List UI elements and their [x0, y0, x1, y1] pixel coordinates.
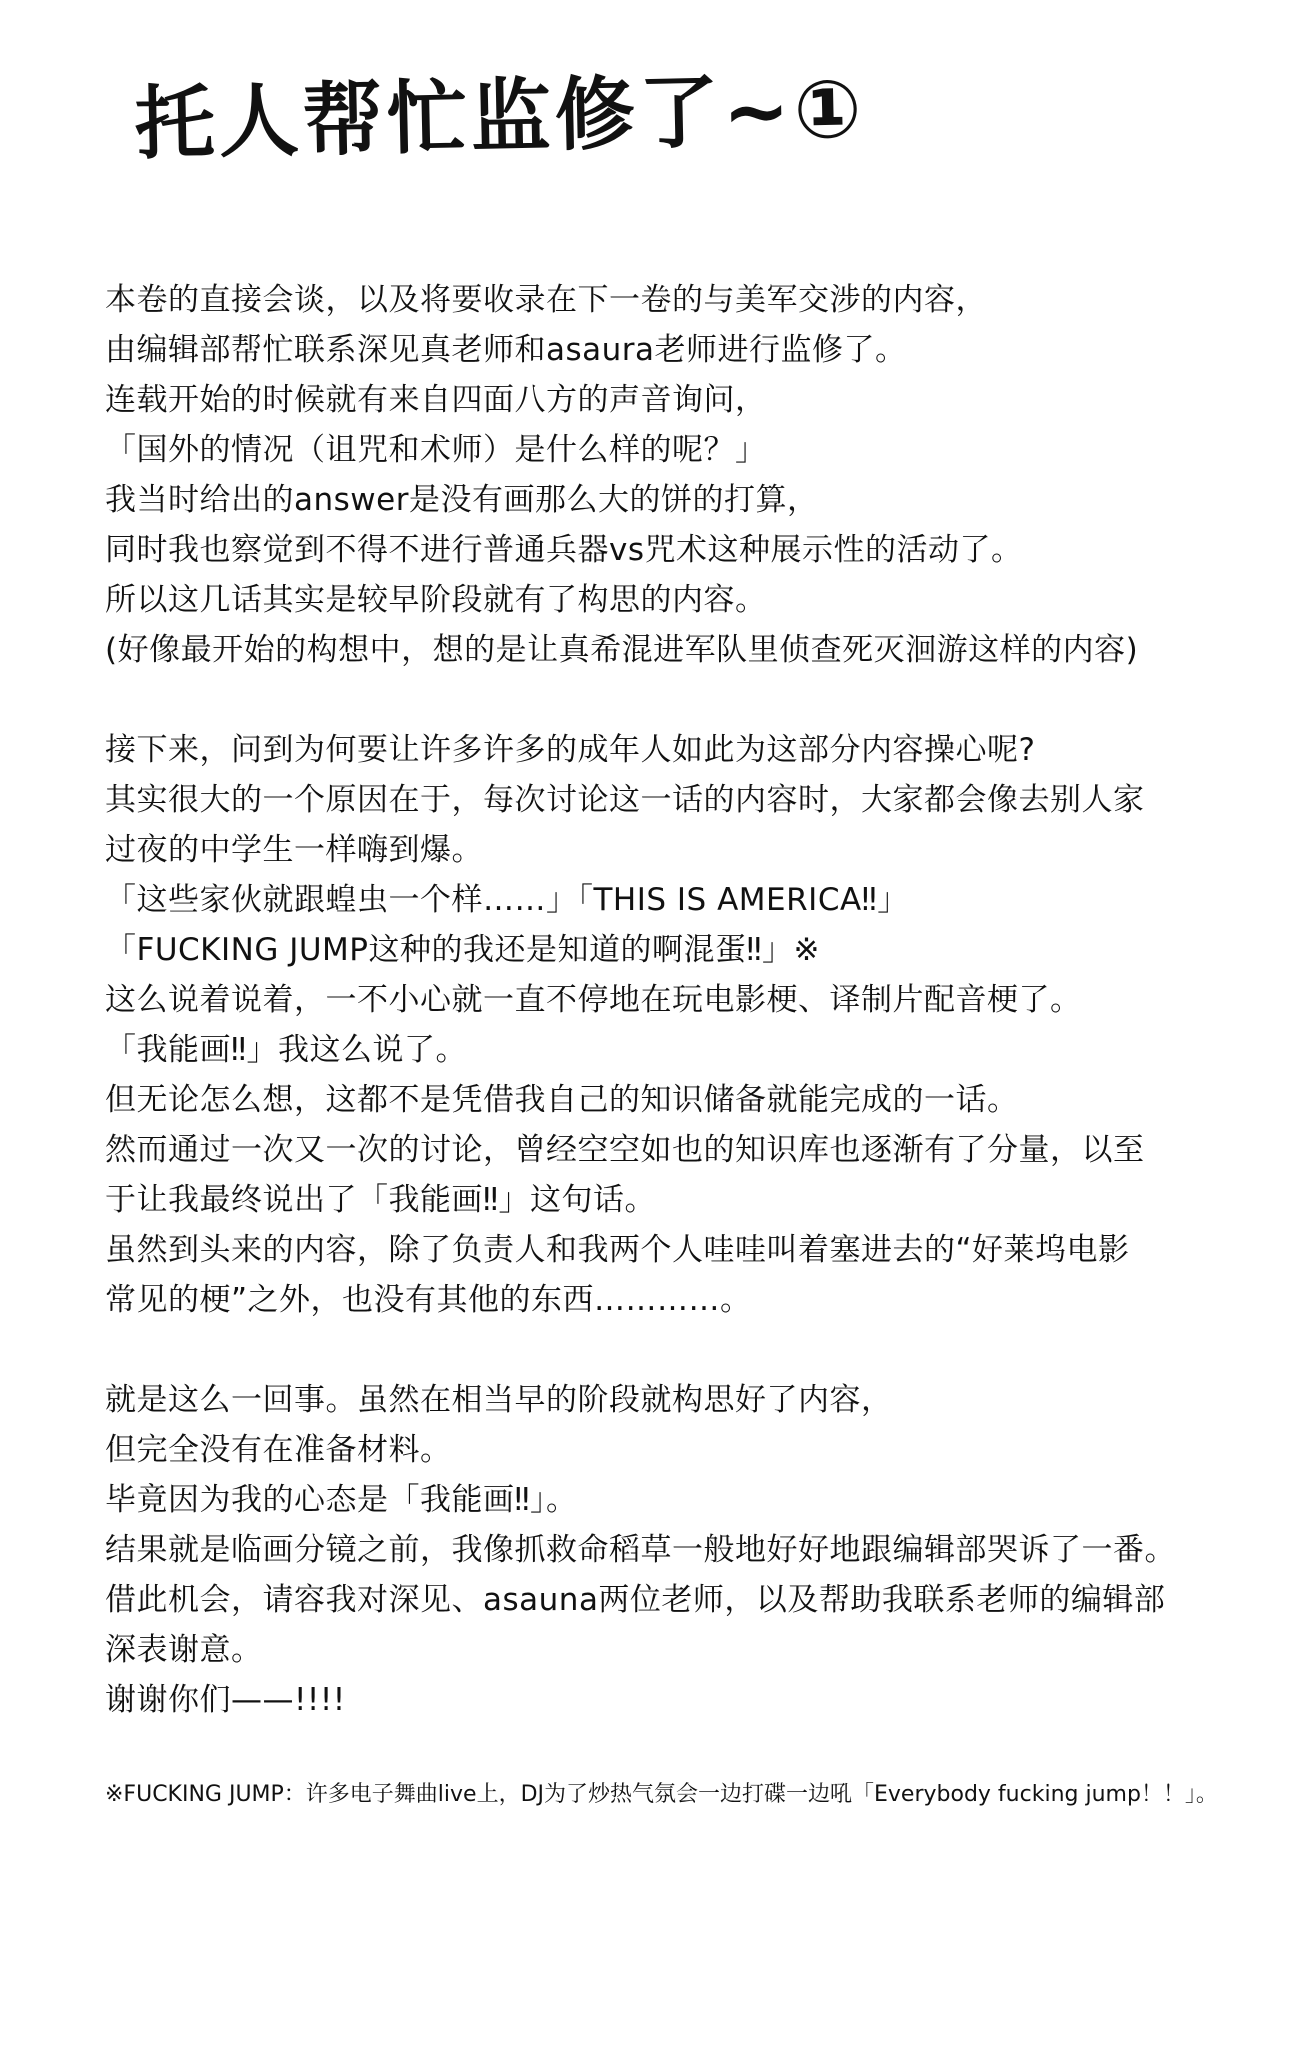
- text-line: 借此机会，请容我对深见、asauna两位老师，以及帮助我联系老师的编辑部: [105, 1575, 1225, 1625]
- paragraph-1: 本卷的直接会谈，以及将要收录在下一卷的与美军交涉的内容，由编辑部帮忙联系深见真老…: [105, 275, 1225, 675]
- text-line: 「我能画‼」我这么说了。: [105, 1025, 1225, 1075]
- body-text: 本卷的直接会谈，以及将要收录在下一卷的与美军交涉的内容，由编辑部帮忙联系深见真老…: [105, 275, 1225, 1725]
- text-line: 但无论怎么想，这都不是凭借我自己的知识储备就能完成的一话。: [105, 1075, 1225, 1125]
- text-line: 这么说着说着，一不小心就一直不停地在玩电影梗、译制片配音梗了。: [105, 975, 1225, 1025]
- text-line: 「FUCKING JUMP这种的我还是知道的啊混蛋‼」※: [105, 925, 1225, 975]
- text-line: 结果就是临画分镜之前，我像抓救命稻草一般地好好地跟编辑部哭诉了一番。: [105, 1525, 1225, 1575]
- text-line: (好像最开始的构想中，想的是让真希混进军队里侦查死灭洄游这样的内容): [105, 625, 1225, 675]
- text-line: 过夜的中学生一样嗨到爆。: [105, 825, 1225, 875]
- text-line: 但完全没有在准备材料。: [105, 1425, 1225, 1475]
- text-line: 所以这几话其实是较早阶段就有了构思的内容。: [105, 575, 1225, 625]
- text-line: 常见的梗”之外，也没有其他的东西…………。: [105, 1275, 1225, 1325]
- text-line: 其实很大的一个原因在于，每次讨论这一话的内容时，大家都会像去别人家: [105, 775, 1225, 825]
- paragraph-3: 就是这么一回事。虽然在相当早的阶段就构思好了内容，但完全没有在准备材料。毕竟因为…: [105, 1375, 1225, 1725]
- text-line: 我当时给出的answer是没有画那么大的饼的打算，: [105, 475, 1225, 525]
- text-line: 连载开始的时候就有来自四面八方的声音询问，: [105, 375, 1225, 425]
- text-line: 虽然到头来的内容，除了负责人和我两个人哇哇叫着塞进去的“好莱坞电影: [105, 1225, 1225, 1275]
- footnote: ※FUCKING JUMP：许多电子舞曲live上，DJ为了炒热气氛会一边打碟一…: [105, 1780, 1245, 1810]
- text-line: 就是这么一回事。虽然在相当早的阶段就构思好了内容，: [105, 1375, 1225, 1425]
- text-line: 本卷的直接会谈，以及将要收录在下一卷的与美军交涉的内容，: [105, 275, 1225, 325]
- text-line: 「这些家伙就跟蝗虫一个样……」「THIS IS AMERICA‼」: [105, 875, 1225, 925]
- text-line: 接下来，问到为何要让许多许多的成年人如此为这部分内容操心呢?: [105, 725, 1225, 775]
- paragraph-2: 接下来，问到为何要让许多许多的成年人如此为这部分内容操心呢?其实很大的一个原因在…: [105, 725, 1225, 1325]
- text-line: 谢谢你们——!!!!: [105, 1675, 1225, 1725]
- text-line: 于让我最终说出了「我能画‼」这句话。: [105, 1175, 1225, 1225]
- text-line: 深表谢意。: [105, 1625, 1225, 1675]
- page-title: 托人帮忙监修了~①: [0, 42, 1001, 178]
- text-line: 「国外的情况（诅咒和术师）是什么样的呢？」: [105, 425, 1225, 475]
- text-line: 由编辑部帮忙联系深见真老师和asaura老师进行监修了。: [105, 325, 1225, 375]
- text-line: 同时我也察觉到不得不进行普通兵器vs咒术这种展示性的活动了。: [105, 525, 1225, 575]
- afterword-page: 托人帮忙监修了~① 本卷的直接会谈，以及将要收录在下一卷的与美军交涉的内容，由编…: [0, 0, 1304, 2048]
- text-line: 毕竟因为我的心态是「我能画‼」。: [105, 1475, 1225, 1525]
- text-line: 然而通过一次又一次的讨论，曾经空空如也的知识库也逐渐有了分量，以至: [105, 1125, 1225, 1175]
